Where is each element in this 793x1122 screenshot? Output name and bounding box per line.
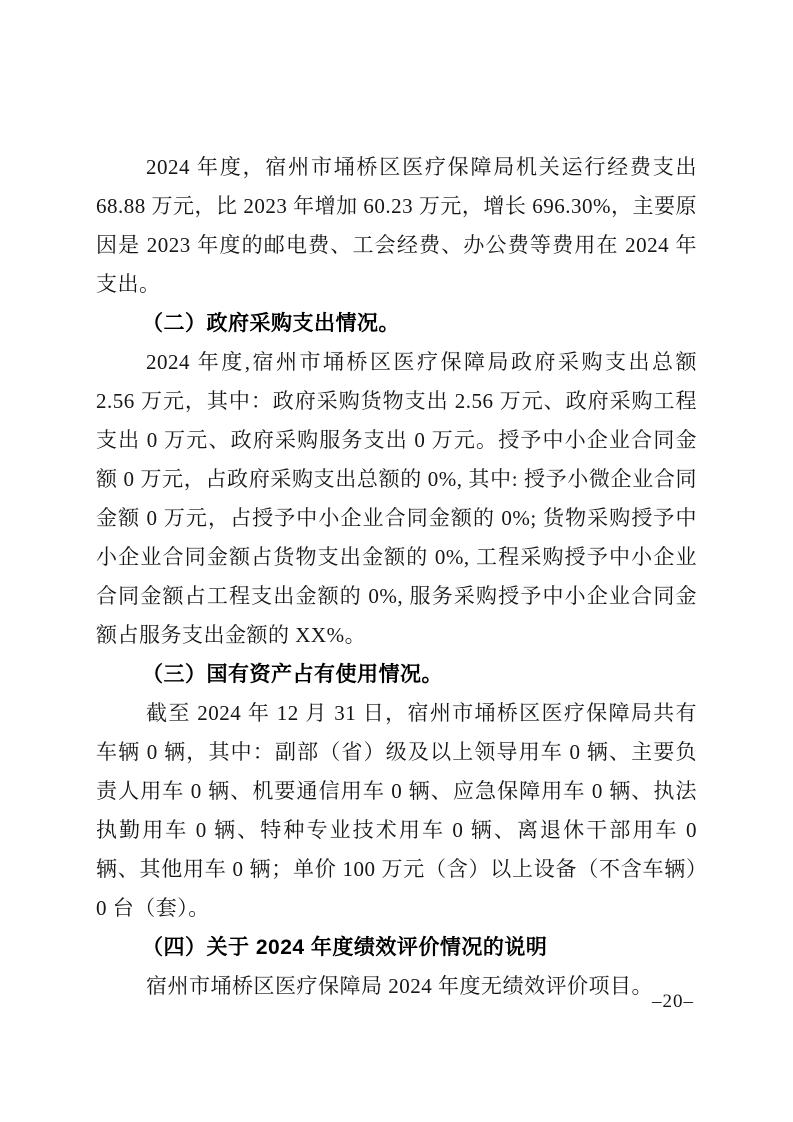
section-heading: （二）政府采购支出情况。 — [96, 304, 697, 343]
footer-page-number: –20– — [652, 991, 694, 1013]
section-heading: （三）国有资产占有使用情况。 — [96, 655, 697, 694]
section-heading: （四）关于 2024 年度绩效评价情况的说明 — [96, 928, 697, 967]
body-paragraph: 2024 年度,宿州市埇桥区医疗保障局政府采购支出总额 2.56 万元，其中：政… — [96, 343, 697, 655]
body-paragraph: 截至 2024 年 12 月 31 日，宿州市埇桥区医疗保障局共有车辆 0 辆，… — [96, 694, 697, 928]
body-paragraph: 2024 年度，宿州市埇桥区医疗保障局机关运行经费支出 68.88 万元，比 2… — [96, 148, 697, 304]
document-page: 2024 年度，宿州市埇桥区医疗保障局机关运行经费支出 68.88 万元，比 2… — [0, 0, 793, 1122]
body-paragraph: 宿州市埇桥区医疗保障局 2024 年度无绩效评价项目。 — [96, 967, 697, 1006]
document-body: 2024 年度，宿州市埇桥区医疗保障局机关运行经费支出 68.88 万元，比 2… — [96, 148, 697, 1006]
